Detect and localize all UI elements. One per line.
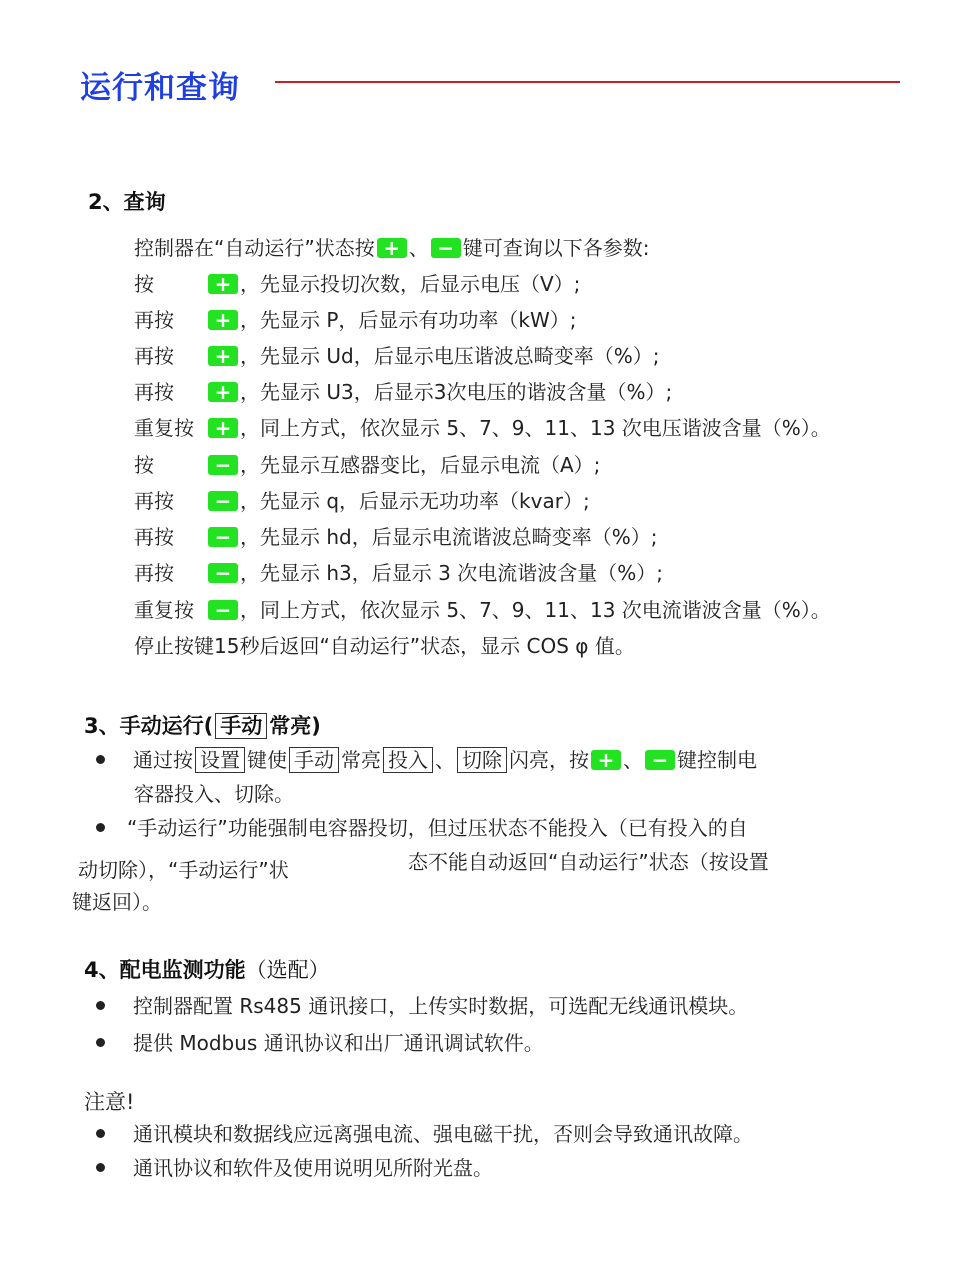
minus-key-icon: − [645,750,675,770]
section-4-bullet: 控制器配置 Rs485 通讯接口，上传实时数据，可选配无线通讯模块。 [96,992,748,1020]
bullet-icon [96,1038,105,1047]
query-row: 重复按+，同上方式，依次显示 5、7、9、11、13 次电压谐波含量（%）。 [134,414,831,442]
row-label: 重复按 [134,596,206,624]
row-label: 再按 [134,487,206,515]
minus-key-icon: − [208,527,238,547]
manual-key-label: 手动 [289,747,339,773]
row-label: 再按 [134,559,206,587]
text: 通讯协议和软件及使用说明见所附光盘。 [133,1156,493,1180]
heading-prefix: 3、手动运行( [84,714,213,738]
switch-out-label: 切除 [457,747,507,773]
query-row: 再按−，先显示 h3，后显示 3 次电流谐波含量（%）; [134,559,663,587]
bullet-icon [96,755,105,764]
bullet-icon [96,1001,105,1010]
intro-suffix: 键可查询以下各参数: [463,236,650,260]
plus-key-icon: + [591,750,621,770]
minus-key-icon: − [208,600,238,620]
query-row: 再按−，先显示 q，后显示无功功率（kvar）; [134,487,590,515]
section-3-bullet-2-line-2b: 态不能自动返回“自动运行”状态（按设置 [408,848,769,876]
notice-heading: 注意! [84,1086,134,1116]
text: 、 [435,748,455,772]
plus-key-icon: + [208,418,238,438]
section-3-bullet-2-line-3: 键返回）。 [72,888,162,916]
query-row: 按+，先显示投切次数，后显示电压（V）; [134,270,580,298]
row-text: ，先显示 P，后显示有功功率（kW）; [240,308,577,332]
title-divider [275,81,900,83]
plus-key-icon: + [208,382,238,402]
text: 键使 [247,748,287,772]
bullet-icon [96,1129,105,1138]
section-2-intro: 控制器在“自动运行”状态按+、−键可查询以下各参数: [134,234,649,262]
row-text: ，先显示 hd，后显示电流谐波总畸变率（%）; [240,525,657,549]
row-label: 再按 [134,306,206,334]
query-row: 再按+，先显示 P，后显示有功功率（kW）; [134,306,577,334]
heading-note: （选配） [246,958,330,982]
section-2-heading: 2、查询 [88,186,166,216]
page-title: 运行和查询 [80,62,240,107]
switch-in-label: 投入 [383,747,433,773]
manual-indicator-label: 手动 [215,713,267,739]
section-2-footer: 停止按键15秒后返回“自动运行”状态，显示 COS φ 值。 [134,632,635,660]
text: 键控制电 [677,748,757,772]
notice-bullet: 通讯模块和数据线应远离强电流、强电磁干扰，否则会导致通讯故障。 [96,1120,753,1148]
row-text: ，先显示 q，后显示无功功率（kvar）; [240,489,590,513]
row-label: 按 [134,451,206,479]
heading-text: 4、配电监测功能 [84,958,246,982]
query-row: 再按+，先显示 U3，后显示3次电压的谐波含量（%）; [134,378,672,406]
bullet-icon [96,823,105,832]
intro-sep: 、 [409,236,429,260]
minus-key-icon: − [208,563,238,583]
row-text: ，同上方式，依次显示 5、7、9、11、13 次电流谐波含量（%）。 [240,598,831,622]
query-row: 重复按−，同上方式，依次显示 5、7、9、11、13 次电流谐波含量（%）。 [134,596,831,624]
plus-key-icon: + [208,310,238,330]
row-text: ，先显示 U3，后显示3次电压的谐波含量（%）; [240,380,672,404]
row-label: 再按 [134,342,206,370]
query-row: 再按+，先显示 Ud，后显示电压谐波总畸变率（%）; [134,342,659,370]
setup-key-label: 设置 [195,747,245,773]
text: 控制器配置 Rs485 通讯接口，上传实时数据，可选配无线通讯模块。 [133,994,748,1018]
notice-bullet: 通讯协议和软件及使用说明见所附光盘。 [96,1154,493,1182]
text: “手动运行”功能强制电容器投切，但过压状态不能投入（已有投入的自 [127,816,748,840]
text: 常亮 [341,748,381,772]
minus-key-icon: − [208,455,238,475]
text: 、 [623,748,643,772]
heading-suffix: 常亮) [269,714,321,738]
row-label: 重复按 [134,414,206,442]
section-3-heading: 3、手动运行(手动常亮) [84,710,321,740]
plus-key-icon: + [208,274,238,294]
minus-key-icon: − [431,238,461,258]
row-label: 再按 [134,378,206,406]
section-4-heading: 4、配电监测功能（选配） [84,954,330,984]
row-label: 按 [134,270,206,298]
row-text: ，先显示互感器变比，后显示电流（A）; [240,453,600,477]
text: 通讯模块和数据线应远离强电流、强电磁干扰，否则会导致通讯故障。 [133,1122,753,1146]
row-label: 再按 [134,523,206,551]
plus-key-icon: + [208,346,238,366]
row-text: ，先显示 Ud，后显示电压谐波总畸变率（%）; [240,344,659,368]
query-row: 按−，先显示互感器变比，后显示电流（A）; [134,451,600,479]
row-text: ，同上方式，依次显示 5、7、9、11、13 次电压谐波含量（%）。 [240,416,831,440]
section-3-bullet-1: 通过按设置键使手动常亮投入、切除闪亮，按+、−键控制电 [96,746,757,774]
section-4-bullet: 提供 Modbus 通讯协议和出厂通讯调试软件。 [96,1029,544,1057]
minus-key-icon: − [208,491,238,511]
text: 通过按 [133,748,193,772]
section-3-bullet-2: “手动运行”功能强制电容器投切，但过压状态不能投入（已有投入的自 [96,814,748,842]
row-text: ，先显示 h3，后显示 3 次电流谐波含量（%）; [240,561,663,585]
text: 提供 Modbus 通讯协议和出厂通讯调试软件。 [133,1031,544,1055]
section-3-bullet-2-line-2a: 动切除），“手动运行”状 [78,856,289,884]
bullet-icon [96,1163,105,1172]
intro-prefix: 控制器在“自动运行”状态按 [134,236,375,260]
row-text: ，先显示投切次数，后显示电压（V）; [240,272,580,296]
section-3-bullet-1-cont: 容器投入、切除。 [134,780,294,808]
plus-key-icon: + [377,238,407,258]
query-row: 再按−，先显示 hd，后显示电流谐波总畸变率（%）; [134,523,657,551]
text: 闪亮，按 [509,748,589,772]
